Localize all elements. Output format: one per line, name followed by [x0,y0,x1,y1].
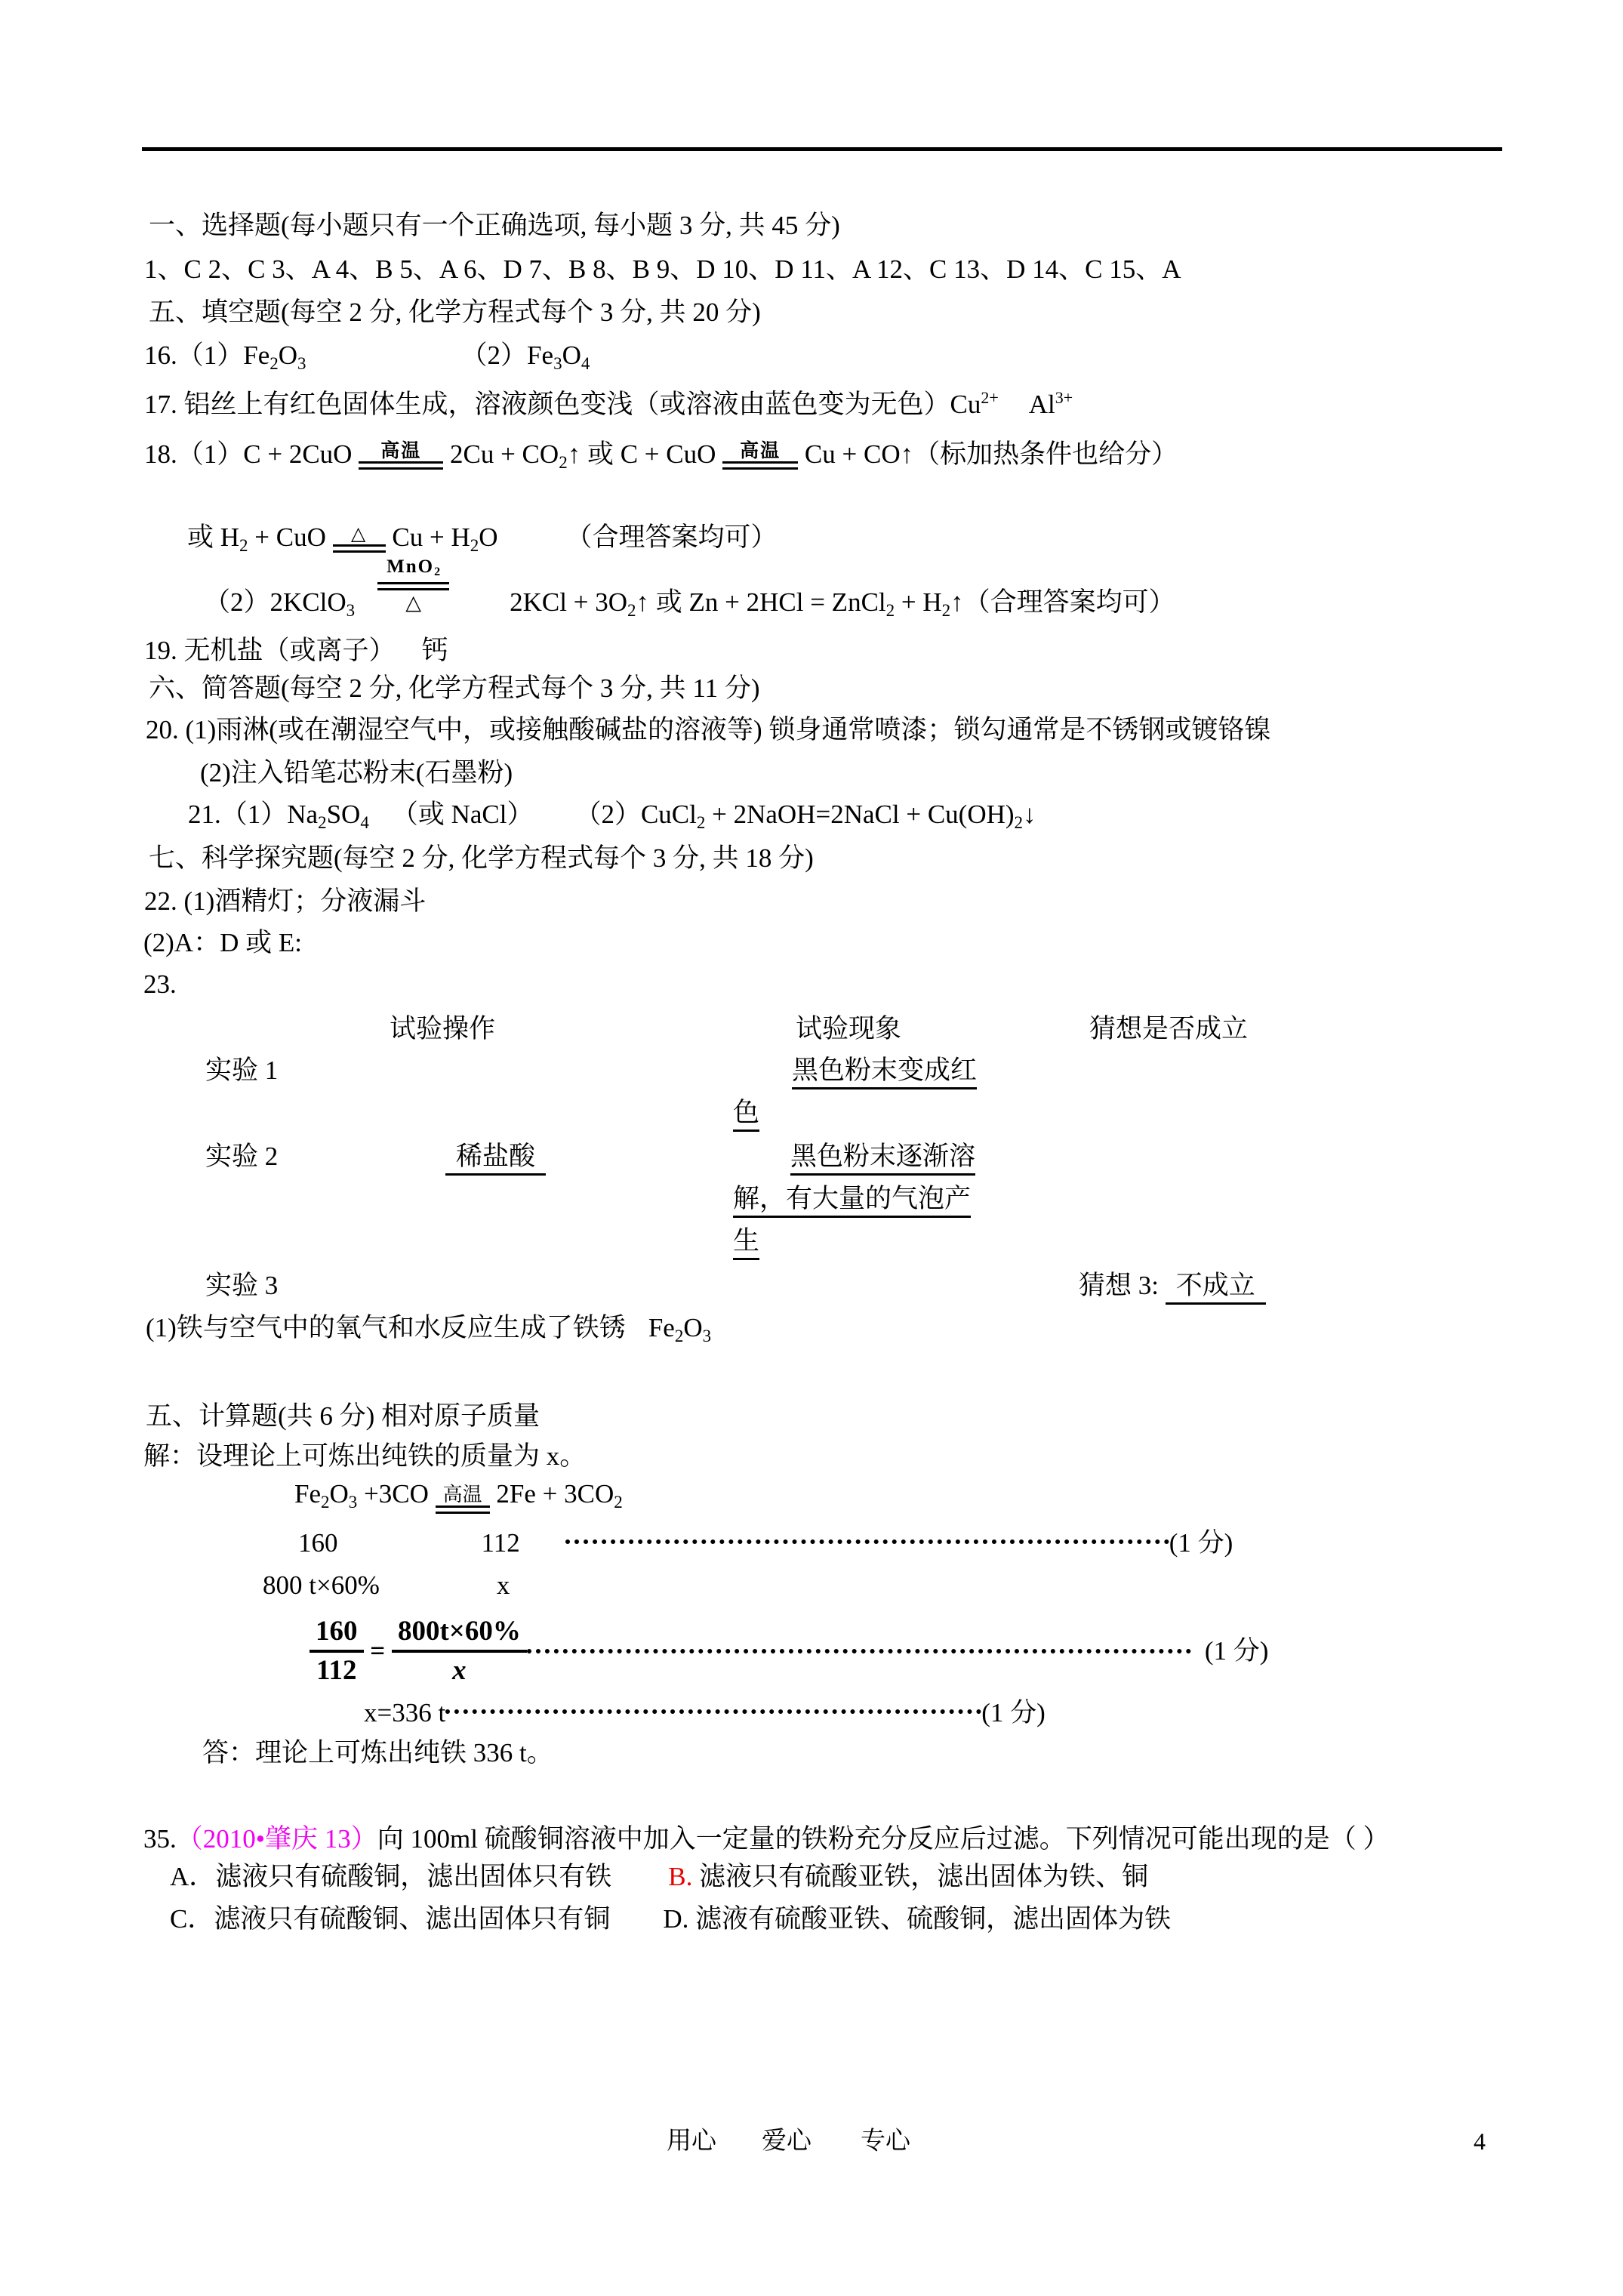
table-row-exp3-guess: 猜想 3: 不成立 [1079,1268,1266,1304]
answer-23-conclusion: (1)铁与空气中的氧气和水反应生成了铁锈Fe2O3 [146,1310,711,1354]
table-row-exp2-phenomenon-cont1: 解，有大量的气泡产 [733,1181,971,1217]
question-35-options-cd: C．滤液只有硫酸铜、滤出固体只有铜D. 滤液有硫酸亚铁、硫酸铜，滤出固体为铁 [170,1901,1171,1937]
table-row-exp1-phenomenon-cont: 色 [733,1095,759,1131]
table-row-exp1-label: 实验 1 [205,1052,278,1089]
answer-23-label: 23. [143,966,177,1003]
answer-20-1: 20. (1)雨淋(或在潮湿空气中，或接触酸碱盐的溶液等) 锁身通常喷漆；锁勾通… [146,712,1270,748]
calc-answer-sentence: 答：理论上可炼出纯铁 336 t。 [202,1735,553,1771]
calc-setup: 解：设理论上可炼出纯铁的质量为 x。 [143,1438,586,1475]
calc-molar-masses: 160112(1 分) [298,1525,1233,1561]
table-row-exp3-label: 实验 3 [205,1268,278,1304]
table-header-operation: 试验操作 [390,1011,495,1047]
question-35: 35.（2010•肇庆 13）向 100ml 硫酸铜溶液中加入一定量的铁粉充分反… [143,1821,1389,1857]
answers-1-15: 1、C 2、C 3、A 4、B 5、A 6、D 7、B 8、B 9、D 10、D… [144,251,1181,288]
table-row-exp2-label: 实验 2 [205,1139,278,1175]
calc-equation: Fe2O3 +3CO 高温 2Fe + 3CO2 [294,1476,623,1521]
answer-18-2: （2）2KClO3MnO2△2KCl + 3O2↑ 或 Zn + 2HCl = … [204,556,1175,629]
table-row-exp2-phenomenon: 黑色粉末逐渐溶 [790,1139,975,1175]
answer-21: 21.（1）Na2SO4（或 NaCl）（2）CuCl2 + 2NaOH=2Na… [188,797,1036,841]
exam-answer-page: 一、选择题(每小题只有一个正确选项, 每小题 3 分, 共 45 分) 1、C … [0,0,1623,2296]
calc-result: x=336 t(1 分) [364,1695,1046,1731]
table-header-guess: 猜想是否成立 [1089,1011,1248,1047]
top-horizontal-rule [142,147,1502,151]
answer-17: 17. 铝丝上有红色固体生成，溶液颜色变浅（或溶液由蓝色变为无色）Cu2+Al3… [144,380,1073,423]
section-calc-heading: 五、计算题(共 6 分) 相对原子质量 [146,1398,540,1435]
table-row-exp1-phenomenon: 黑色粉末变成红 [792,1052,977,1089]
calc-given-quantities: 800 t×60%x [263,1567,510,1604]
footer-motto: 用心爱心专心 [667,2123,910,2159]
answer-19: 19. 无机盐（或离子）钙 [144,633,448,669]
section-explore-heading: 七、科学探究题(每空 2 分, 化学方程式每个 3 分, 共 18 分) [149,840,814,877]
table-row-exp2-phenomenon-cont2: 生 [733,1223,759,1259]
answer-20-2: (2)注入铅笔芯粉末(石墨粉) [200,755,513,791]
answer-16: 16.（1）Fe2O3（2）Fe3O4 [144,337,590,382]
section-fill-heading: 五、填空题(每空 2 分, 化学方程式每个 3 分, 共 20 分) [149,294,761,331]
section-choice-heading: 一、选择题(每小题只有一个正确选项, 每小题 3 分, 共 45 分) [149,208,840,244]
calc-proportion: 160112 = 800t×60%x(1 分) [310,1616,1268,1687]
section-brief-heading: 六、简答题(每空 2 分, 化学方程式每个 3 分, 共 11 分) [149,670,760,707]
table-header-phenomenon: 试验现象 [796,1011,901,1047]
answer-22-1: 22. (1)酒精灯；分液漏斗 [144,883,426,920]
page-number: 4 [1474,2123,1486,2159]
answer-18-1: 18.（1）C + 2CuO 高温 2Cu + CO2↑ 或 C + CuO 高… [144,436,1178,481]
table-row-exp2-operation: 稀盐酸 [445,1139,546,1175]
question-35-options-ab: A．滤液只有硫酸铜，滤出固体只有铁B. 滤液只有硫酸亚铁，滤出固体为铁、铜 [170,1859,1148,1895]
answer-22-2: (2)A：D 或 E: [143,925,302,961]
